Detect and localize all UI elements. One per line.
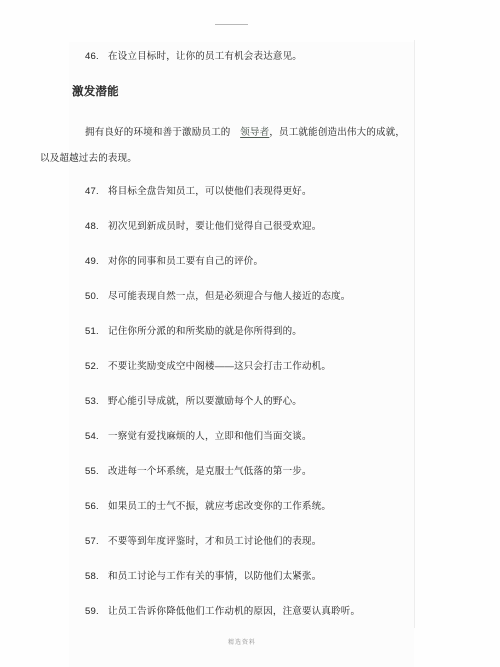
list-item-number: 48. bbox=[85, 220, 108, 234]
list-item: 55.改进每一个坏系统，是克服士气低落的第一步。 bbox=[85, 465, 500, 479]
list-item: 59.让员工告诉你降低他们工作动机的原因，注意要认真聆听。 bbox=[85, 605, 500, 619]
list-item: 53.野心能引导成就，所以要激励每个人的野心。 bbox=[85, 395, 500, 409]
numbered-list: 47.将目标全盘告知员工，可以使他们表现得更好。48.初次见到新成员时，要让他们… bbox=[0, 185, 500, 619]
list-item-number: 46. bbox=[85, 50, 108, 64]
list-item-text: 不要让奖励变成空中阁楼——这只会打击工作动机。 bbox=[108, 361, 331, 372]
list-item-text: 一察觉有爱找麻烦的人，立即和他们当面交谈。 bbox=[108, 431, 312, 442]
section-heading: 激发潜能 bbox=[72, 85, 500, 100]
list-item-number: 54. bbox=[85, 430, 108, 444]
list-item-number: 51. bbox=[85, 325, 108, 339]
intro-paragraph: 拥有良好的环境和善于激励员工的 领导者，员工就能创造出伟大的成就，以及超越过去的… bbox=[40, 120, 410, 172]
list-item-number: 53. bbox=[85, 395, 108, 409]
list-item-text: 尽可能表现自然一点，但是必须迎合与他人接近的态度。 bbox=[108, 291, 351, 302]
document-page: 46.在设立目标时，让你的员工有机会表达意见。 激发潜能 拥有良好的环境和善于激… bbox=[0, 0, 500, 667]
list-item: 52.不要让奖励变成空中阁楼——这只会打击工作动机。 bbox=[85, 360, 500, 374]
paragraph-text-before: 拥有良好的环境和善于激励员工的 bbox=[85, 127, 240, 138]
list-item: 56.如果员工的士气不振，就应考虑改变你的工作系统。 bbox=[85, 500, 500, 514]
list-item: 46.在设立目标时，让你的员工有机会表达意见。 bbox=[85, 50, 500, 64]
list-item-text: 初次见到新成员时，要让他们觉得自己很受欢迎。 bbox=[108, 221, 321, 232]
list-item-text: 记住你所分派的和所奖励的就是你所得到的。 bbox=[108, 326, 302, 337]
list-item-text: 在设立目标时，让你的员工有机会表达意见。 bbox=[108, 51, 302, 62]
list-item-number: 47. bbox=[85, 185, 108, 199]
list-item-number: 50. bbox=[85, 290, 108, 304]
list-item: 50.尽可能表现自然一点，但是必须迎合与他人接近的态度。 bbox=[85, 290, 500, 304]
list-item-number: 58. bbox=[85, 570, 108, 584]
list-item-text: 将目标全盘告知员工，可以使他们表现得更好。 bbox=[108, 186, 312, 197]
list-item-number: 55. bbox=[85, 465, 108, 479]
list-item-text: 改进每一个坏系统，是克服士气低落的第一步。 bbox=[108, 466, 312, 477]
list-item: 51.记住你所分派的和所奖励的就是你所得到的。 bbox=[85, 325, 500, 339]
list-item-text: 对你的同事和员工要有自己的评价。 bbox=[108, 256, 263, 267]
list-item-number: 56. bbox=[85, 500, 108, 514]
list-item-text: 野心能引导成就，所以要激励每个人的野心。 bbox=[108, 396, 302, 407]
list-item-text: 不要等到年度评鉴时，才和员工讨论他们的表现。 bbox=[108, 536, 321, 547]
list-item: 58.和员工讨论与工作有关的事情，以防他们太紧张。 bbox=[85, 570, 500, 584]
list-item: 57.不要等到年度评鉴时，才和员工讨论他们的表现。 bbox=[85, 535, 500, 549]
list-item: 48.初次见到新成员时，要让他们觉得自己很受欢迎。 bbox=[85, 220, 500, 234]
list-item-text: 如果员工的士气不振，就应考虑改变你的工作系统。 bbox=[108, 501, 331, 512]
leader-link[interactable]: 领导者 bbox=[240, 127, 269, 138]
document-content: 46.在设立目标时，让你的员工有机会表达意见。 激发潜能 拥有良好的环境和善于激… bbox=[0, 50, 500, 640]
list-item: 47.将目标全盘告知员工，可以使他们表现得更好。 bbox=[85, 185, 500, 199]
list-item-text: 和员工讨论与工作有关的事情，以防他们太紧张。 bbox=[108, 571, 321, 582]
list-item: 54.一察觉有爱找麻烦的人，立即和他们当面交谈。 bbox=[85, 430, 500, 444]
list-item-number: 52. bbox=[85, 360, 108, 374]
list-item-number: 49. bbox=[85, 255, 108, 269]
list-item-text: 让员工告诉你降低他们工作动机的原因，注意要认真聆听。 bbox=[108, 606, 360, 617]
list-item: 49.对你的同事和员工要有自己的评价。 bbox=[85, 255, 500, 269]
list-item-number: 59. bbox=[85, 605, 108, 619]
footer-watermark: 精选资料 bbox=[0, 637, 492, 646]
list-item-number: 57. bbox=[85, 535, 108, 549]
page-break-divider bbox=[215, 24, 248, 25]
